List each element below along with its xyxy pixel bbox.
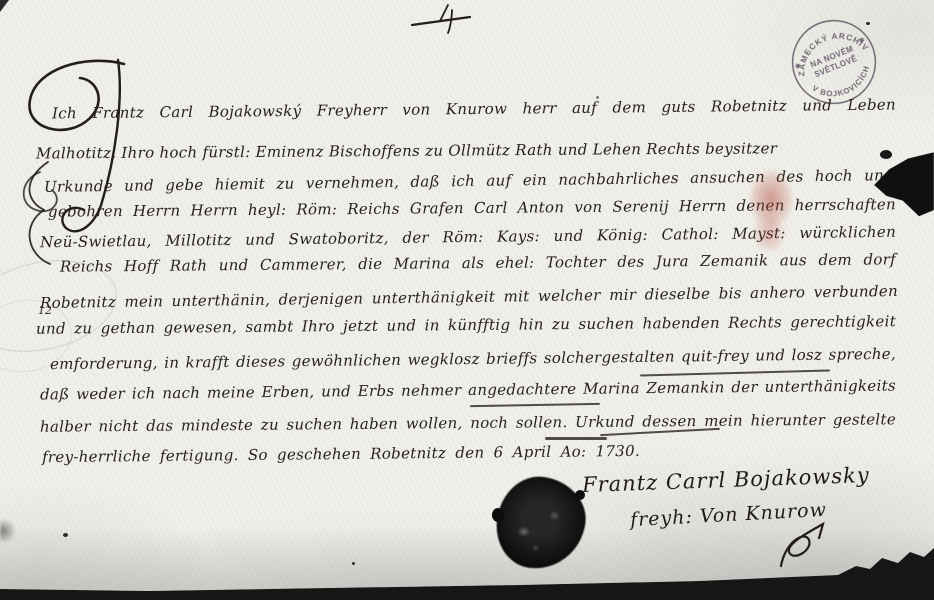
wax-seal-bump xyxy=(492,508,504,522)
manuscript-line: emforderung, in krafft dieses gewöhnlich… xyxy=(50,345,896,373)
manuscript-line: und zu gethan gewesen, sambt Ihro jetzt … xyxy=(36,312,896,338)
ink-blot-droplet xyxy=(880,150,892,159)
signature-paraph-flourish xyxy=(775,520,833,572)
paper-speck xyxy=(596,96,599,99)
paper-sheet: ZÁMECKÝ ARCHIV NA NOVÉM SVĚTLOVĚ V BOJKO… xyxy=(0,0,934,600)
underline-marina-zemankin xyxy=(470,403,600,407)
manuscript-line: Reichs Hoff Rath und Cammerer, die Marin… xyxy=(60,250,896,275)
interlinear-insert-mark: 12 xyxy=(38,304,52,317)
folio-number-mark xyxy=(408,2,480,36)
paper-speck xyxy=(866,22,870,25)
corner-blemish xyxy=(0,0,9,12)
paper-speck xyxy=(63,533,68,537)
wax-seal xyxy=(491,471,591,574)
paraph-stroke xyxy=(781,524,823,566)
red-ink-stain xyxy=(744,166,798,252)
scanned-document: ZÁMECKÝ ARCHIV NA NOVÉM SVĚTLOVĚ V BOJKO… xyxy=(0,0,934,600)
manuscript-line: frey-herrliche fertigung. So geschehen R… xyxy=(42,442,640,466)
manuscript-line: Robetnitz mein unterthänin, derjenigen u… xyxy=(40,282,898,312)
manuscript-line: Ich Frantz Carl Bojakowský Freyherr von … xyxy=(52,96,896,123)
manuscript-line: daß weder ich nach meine Erben, und Erbs… xyxy=(40,377,896,404)
edge-smudge xyxy=(0,520,16,542)
paper-speck xyxy=(352,562,355,565)
signature-name: Frantz Carrl Bojakowsky xyxy=(582,463,870,497)
manuscript-line: Malhotitz, Ihro hoch fürstl: Eminenz Bis… xyxy=(36,140,736,163)
underline-quit-frey xyxy=(640,370,830,377)
manuscript-line: halber nicht das mindeste zu suchen habe… xyxy=(40,410,896,435)
underline-gestelte xyxy=(545,437,607,440)
